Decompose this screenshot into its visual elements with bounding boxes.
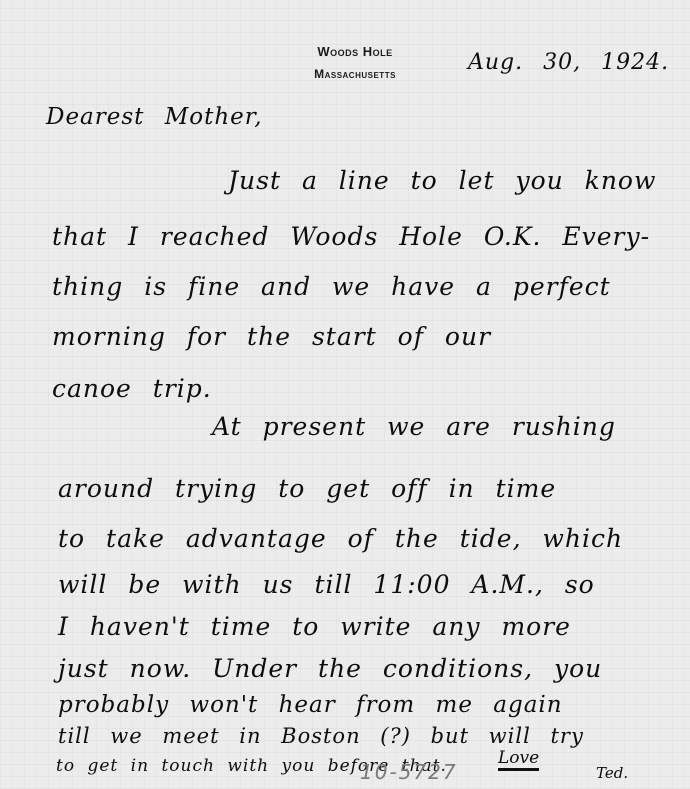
- body-line: around trying to get off in time: [58, 474, 556, 503]
- salutation: Dearest Mother,: [46, 104, 263, 130]
- body-line: thing is fine and we have a perfect: [52, 272, 611, 301]
- letter-date: Aug. 30, 1924.: [468, 50, 669, 75]
- body-line: till we meet in Boston (?) but will try: [58, 724, 584, 748]
- letterhead-state: Massachusetts: [290, 67, 420, 81]
- closing: Love: [498, 748, 539, 771]
- body-line: canoe trip.: [52, 374, 212, 403]
- body-line: At present we are rushing: [212, 412, 616, 441]
- body-line: that I reached Woods Hole O.K. Every-: [52, 222, 650, 251]
- letterhead-place: Woods Hole: [290, 44, 420, 59]
- body-line: probably won't hear from me again: [58, 692, 563, 718]
- body-line: just now. Under the conditions, you: [58, 654, 602, 683]
- body-line: morning for the start of our: [52, 322, 491, 351]
- body-line: I haven't time to write any more: [58, 612, 571, 641]
- signature: Ted.: [596, 764, 628, 782]
- letter-page: Woods Hole Massachusetts Aug. 30, 1924. …: [0, 0, 690, 789]
- archive-number: 10-5727: [360, 760, 458, 784]
- body-line: will be with us till 11:00 A.M., so: [58, 570, 595, 599]
- body-line: to take advantage of the tide, which: [58, 524, 623, 553]
- letterhead: Woods Hole Massachusetts: [290, 44, 420, 81]
- body-line: Just a line to let you know: [228, 166, 656, 195]
